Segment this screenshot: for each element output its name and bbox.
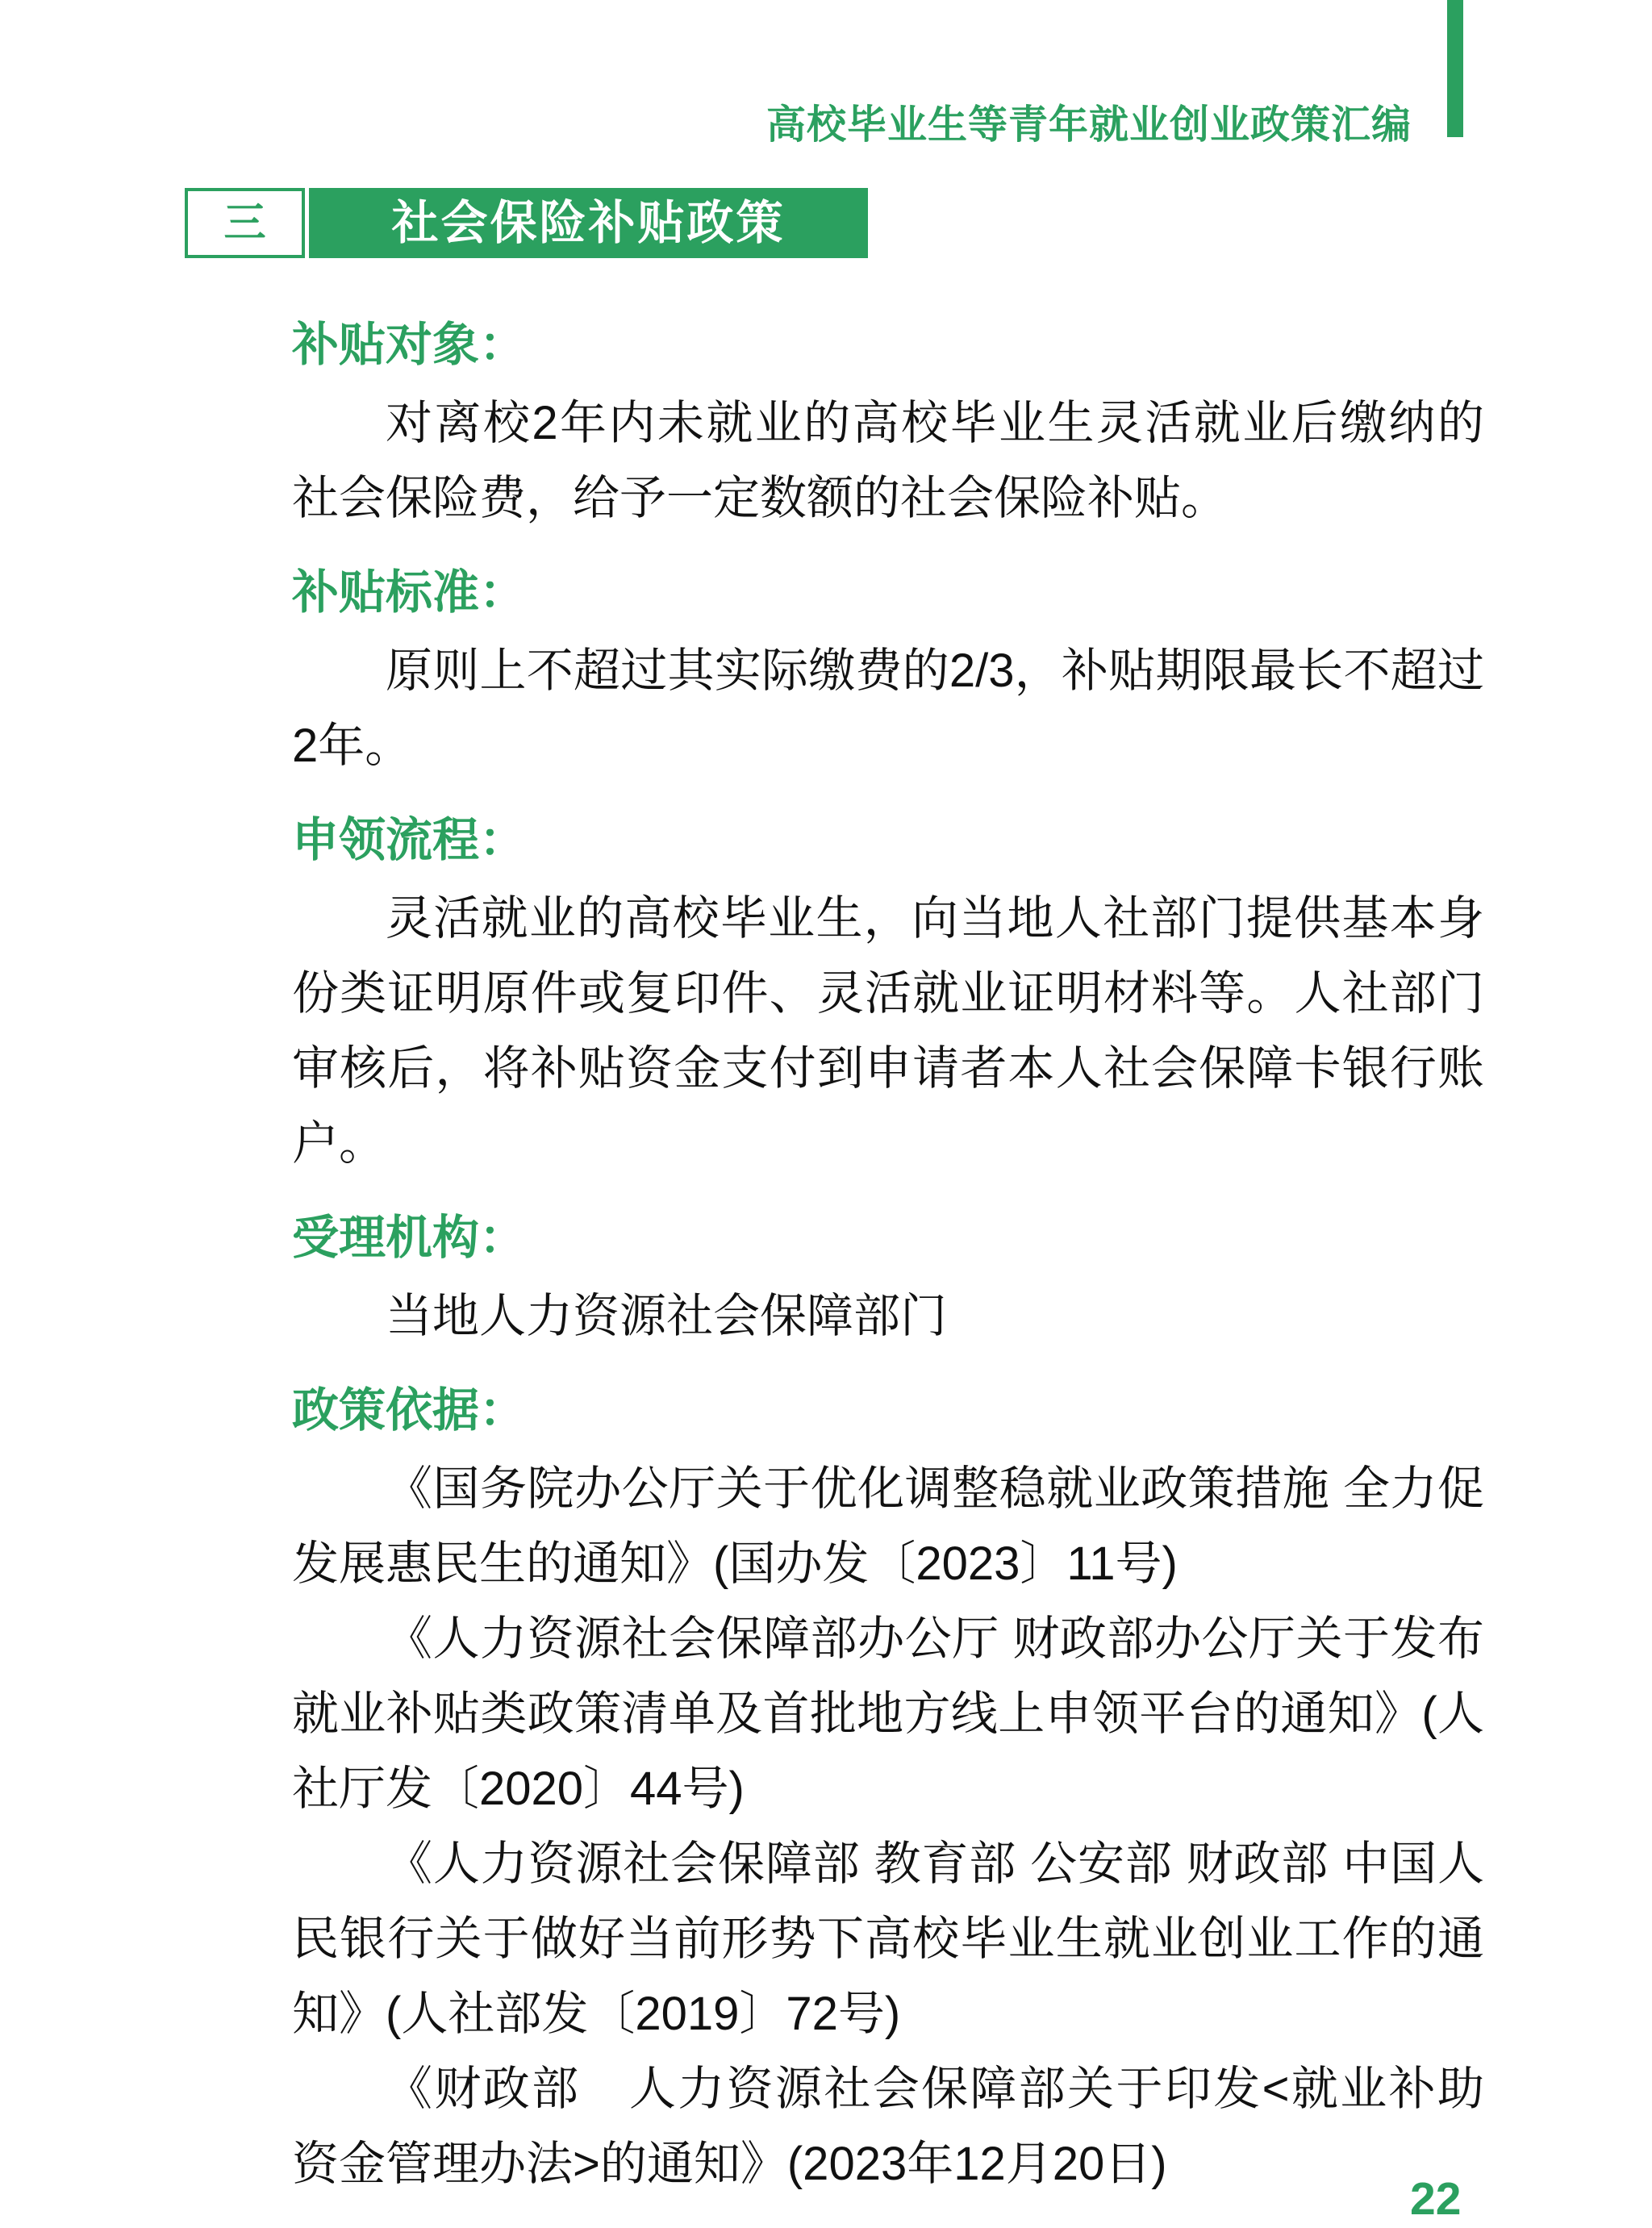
section-body: 当地人力资源社会保障部门 <box>292 1279 1484 1354</box>
section-title: 社会保险补贴政策 <box>391 200 785 247</box>
document-page: 高校毕业生等青年就业创业政策汇编 三 社会保险补贴政策 补贴对象： 对离校2年内… <box>0 0 1652 2228</box>
body-paragraph: 《国务院办公厅关于优化调整稳就业政策措施 全力促发展惠民生的通知》(国办发〔20… <box>292 1451 1484 1601</box>
section-heading: 补贴标准： <box>292 569 1484 617</box>
section-number-box: 三 <box>185 188 305 258</box>
section-heading: 受理机构： <box>292 1214 1484 1262</box>
body-paragraph: 当地人力资源社会保障部门 <box>292 1279 1484 1354</box>
section-body: 对离校2年内未就业的高校毕业生灵活就业后缴纳的社会保险费，给予一定数额的社会保险… <box>292 386 1484 536</box>
policy-section: 补贴对象： 对离校2年内未就业的高校毕业生灵活就业后缴纳的社会保险费，给予一定数… <box>292 321 1484 536</box>
section-body: 灵活就业的高校毕业生，向当地人社部门提供基本身份类证明原件或复印件、灵活就业证明… <box>292 881 1484 1181</box>
section-body: 原则上不超过其实际缴费的2/3，补贴期限最长不超过2年。 <box>292 633 1484 783</box>
policy-section: 申领流程： 灵活就业的高校毕业生，向当地人社部门提供基本身份类证明原件或复印件、… <box>292 816 1484 1181</box>
body-paragraph: 《人力资源社会保障部办公厅 财政部办公厅关于发布就业补贴类政策清单及首批地方线上… <box>292 1601 1484 1826</box>
section-heading: 补贴对象： <box>292 321 1484 369</box>
section-banner: 三 社会保险补贴政策 <box>185 188 868 258</box>
policy-section: 补贴标准： 原则上不超过其实际缴费的2/3，补贴期限最长不超过2年。 <box>292 569 1484 783</box>
policy-section: 受理机构： 当地人力资源社会保障部门 <box>292 1214 1484 1354</box>
section-number: 三 <box>223 202 265 244</box>
body-paragraph: 《财政部 人力资源社会保障部关于印发<就业补助资金管理办法>的通知》(2023年… <box>292 2051 1484 2201</box>
page-number: 22 <box>1410 2176 1461 2222</box>
body-paragraph: 《人力资源社会保障部 教育部 公安部 财政部 中国人民银行关于做好当前形势下高校… <box>292 1826 1484 2051</box>
body-paragraph: 原则上不超过其实际缴费的2/3，补贴期限最长不超过2年。 <box>292 633 1484 783</box>
document-header-title: 高校毕业生等青年就业创业政策汇编 <box>766 94 1412 150</box>
section-body: 《国务院办公厅关于优化调整稳就业政策措施 全力促发展惠民生的通知》(国办发〔20… <box>292 1451 1484 2201</box>
body-paragraph: 灵活就业的高校毕业生，向当地人社部门提供基本身份类证明原件或复印件、灵活就业证明… <box>292 881 1484 1181</box>
body-paragraph: 对离校2年内未就业的高校毕业生灵活就业后缴纳的社会保险费，给予一定数额的社会保险… <box>292 386 1484 536</box>
policy-section: 政策依据： 《国务院办公厅关于优化调整稳就业政策措施 全力促发展惠民生的通知》(… <box>292 1387 1484 2201</box>
section-heading: 申领流程： <box>292 816 1484 865</box>
content: 补贴对象： 对离校2年内未就业的高校毕业生灵活就业后缴纳的社会保险费，给予一定数… <box>292 321 1484 2201</box>
section-heading: 政策依据： <box>292 1387 1484 1435</box>
section-title-bar: 社会保险补贴政策 <box>309 188 868 258</box>
header-accent-bar <box>1447 0 1463 137</box>
